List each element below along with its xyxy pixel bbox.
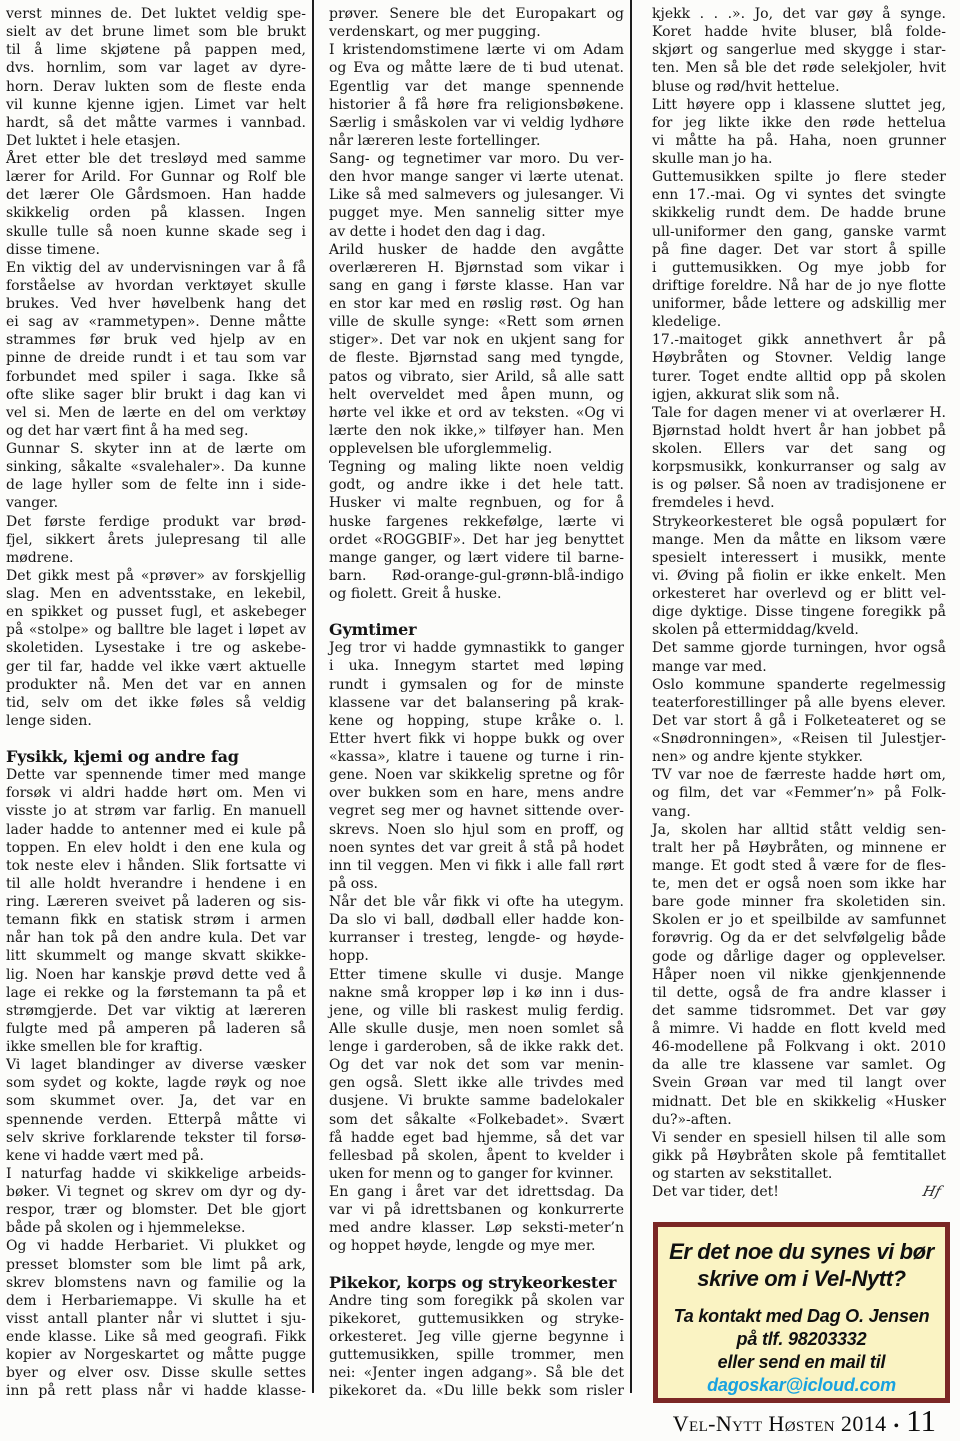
body-text-line: skjørt og sangerlue med skygge i star- — [652, 41, 946, 59]
body-text-line: ull-uniformer den gang, ganske varmt — [652, 223, 946, 241]
body-text-line: i uka. Innegym startet med løping — [329, 657, 624, 675]
body-text-line: byer og elver osv. Disse skulle settes — [6, 1364, 306, 1382]
body-text-line: skikkelig orden på klassen. Ingen — [6, 204, 306, 222]
body-text-line: Strykeorkesteret ble også populært for — [652, 513, 946, 531]
body-text-line: Bjørnstad holdt hvert år han jobbet på — [652, 422, 946, 440]
body-text-line: mange ganger, og lært videre til barne- — [329, 549, 624, 567]
body-text-line: horn. Derav lukten som de fleste enda — [6, 78, 306, 96]
body-text-line: fellesbad på skolen, åpent to kvelder i — [329, 1147, 624, 1165]
body-text-line: når han tok på den andre kula. Det var — [6, 929, 306, 947]
body-text-line: ten. Men så ble det røde selekjoler, hvi… — [652, 59, 946, 77]
body-text-line: strømgjerde. Det var viktig at læreren — [6, 1002, 306, 1020]
body-text-line: mange. Et godt sted å være for de fles- — [652, 857, 946, 875]
body-text-line: Tale for dagen mener vi at overlærer H. — [652, 404, 946, 422]
body-text-line: Litt høyere opp i klassene sluttet jeg, — [652, 96, 946, 114]
body-text-line: bare gode minner fra skoletiden sin. — [652, 893, 946, 911]
body-text-line: de lage hyller som de felte inn i side- — [6, 476, 306, 494]
body-text-line: forståelse av hvordan verktøyet skulle — [6, 277, 306, 295]
body-text-line: Høybråten og Stovner. Veldig lange — [652, 349, 946, 367]
body-text-line: i guttemusikken. Og mye jobb for — [652, 259, 946, 277]
body-text-line: «kassa», klatre i tauene og turne i rin- — [329, 748, 624, 766]
body-text-line: til alle holdt hverandre i hendene i en — [6, 875, 306, 893]
body-text-line: Da slo vi ball, dødball eller hadde kon- — [329, 911, 624, 929]
body-text-line: kopier av Norgeskartet og måtte pugge — [6, 1346, 306, 1364]
body-text-line: patos og vibrato, sier Arild, så alle sa… — [329, 368, 624, 386]
body-text-line: noen syntes det var greit å stå på hodet — [329, 839, 624, 857]
body-text-line: Oslo kommune spanderte regelmessig — [652, 676, 946, 694]
body-text-line: skrevs. Noen slo hjul som en proff, og — [329, 821, 624, 839]
body-text-line: ordet «ROGGBIF». Det har jeg benyttet — [329, 531, 624, 549]
body-text-line: Egentlig var det mange spennende — [329, 78, 624, 96]
body-text-line: lage ei rekke og la førstemann ta på et — [6, 984, 306, 1002]
body-text-line: og fiolett. Greit å huske. — [329, 585, 624, 603]
contact-email-text: dagoskar@icloud.com — [658, 1374, 945, 1397]
body-text-line: respor, trær og blomster. Det ble gjort — [6, 1201, 306, 1219]
body-text-line: stiger». Det var nok en ukjent sang for — [329, 331, 624, 349]
body-text-line: hopp. — [329, 947, 624, 965]
body-text-line: toppen. En elev holdt i den ene kula og — [6, 839, 306, 857]
body-text-line: Det første ferdige produkt var brød- — [6, 513, 306, 531]
body-text-line: ei sag av «rammetypen». Denne måtte — [6, 313, 306, 331]
body-text-line: orkesteret har overlevd og er blitt vel- — [652, 585, 946, 603]
body-text-line: presset blomster som ble limt på ark, — [6, 1256, 306, 1274]
body-text-line: lærer for Arild. For Gunnar og Rolf ble — [6, 168, 306, 186]
body-text-line: midnatt. Det ble en skikkelig «Husker — [652, 1093, 946, 1111]
body-text-line: Håper noen vil nikke gjenkjennende — [652, 966, 946, 984]
body-text-line: inn til veggen. Men vi fikk i alle fall … — [329, 857, 624, 875]
body-text-line: 46-modellene på Folkvang i okt. 2010 — [652, 1038, 946, 1056]
body-text-line: prøver. Senere ble det Europakart og — [329, 5, 624, 23]
body-text-line: teaterforestillinger på alle byens eleve… — [652, 694, 946, 712]
body-text-line: fulgte med på amperen på laderen så — [6, 1020, 306, 1038]
notice-box-heading-line: Er det noe du synes vi bør — [658, 1238, 945, 1265]
body-text-line: verdenskart, og mer pugging. — [329, 23, 624, 41]
body-text-line: «Snødronningen», «Reisen til Julestjer- — [652, 730, 946, 748]
page-footer: Vel-Nytt Høsten 2014 • 11 — [673, 1403, 936, 1439]
body-text-line: til å lime skjøtene på pappen med, — [6, 41, 306, 59]
body-text-line: skolen på ettermiddag/kveld. — [652, 621, 946, 639]
body-text-line: uken for menn og to ganger for kvinner. — [329, 1165, 624, 1183]
body-text-line: vi måtte ha på. Haha, noen grunner — [652, 132, 946, 150]
body-text-line: helt overveldet med åpen munn, og — [329, 386, 624, 404]
body-text-line: Guttemusikken spilte jo flere steder — [652, 168, 946, 186]
body-text-line: det samme tidsrommet. Det var gøy — [652, 1002, 946, 1020]
body-text-line: dusjene. Vi brukte samme badelokaler — [329, 1092, 624, 1110]
body-text-line: verst minnes de. Det luktet veldig spe- — [6, 5, 306, 23]
section-heading: Gymtimer — [329, 621, 624, 639]
body-text-line: spennende verden. Etterpå måtte vi — [6, 1111, 306, 1129]
body-text-line: skolen. Ellers var det sang og — [652, 440, 946, 458]
page-number: 11 — [906, 1403, 936, 1439]
article-column-2: prøver. Senere ble det Europakart ogverd… — [329, 5, 624, 1400]
author-signature: Hf — [920, 1183, 942, 1201]
body-text-line: kene vi hadde vært med på. — [6, 1147, 306, 1165]
body-text-line: produkter nå. Men det var en annen — [6, 676, 306, 694]
body-text-line: Når det ble vår fikk vi ofte ha utegym. — [329, 893, 624, 911]
body-text-line: dige dyktige. Disse tingene foregikk på — [652, 603, 946, 621]
body-text-line: du?»-aften. — [652, 1111, 946, 1129]
body-text-line: sinking, såkalte «svalehaler». Da kunne — [6, 458, 306, 476]
footer-bullet: • — [894, 1418, 900, 1436]
body-text-line: lader hadde to antenner med ei kule på — [6, 821, 306, 839]
body-text-line: tralt her på Høybråten, og minnene er — [652, 839, 946, 857]
body-text-line: få hadde eget bad hjemme, så det var — [329, 1129, 624, 1147]
body-text-line: for jeg likte ikke den røde hettelua — [652, 114, 946, 132]
body-text-line: hørte vel ikke et ord av teksten. «Og vi — [329, 404, 624, 422]
body-text-line: jene, og ville bli raskest mulig ferdig. — [329, 1002, 624, 1020]
body-text-line: enn 17.-mai. Og vi syntes det svingte — [652, 186, 946, 204]
body-text-line: å mimre. Vi hadde en flott kveld med — [652, 1020, 946, 1038]
body-text-line: slag. Men en adventsstake, en lekebil, — [6, 585, 306, 603]
body-text-line: barn. Rød-orange-gul-grønn-blå-indigo — [329, 567, 624, 585]
body-text-line: Det luktet i hele etasjen. — [6, 132, 306, 150]
body-text-line: dem i Herbariemappe. Vi skulle ha et — [6, 1292, 306, 1310]
body-text-line: over bukken som en hare, mens andre — [329, 784, 624, 802]
body-text-line: TV var noe de færreste hadde hørt om, — [652, 766, 946, 784]
body-text-line: vil kunne kjenne igjen. Limet var helt — [6, 96, 306, 114]
body-text-line: dvs. hornlim, som var laget av dyre- — [6, 59, 306, 77]
body-text-line: En gang i året var det idrettsdag. Da — [329, 1183, 624, 1201]
body-text-line: sang en gang i første klasse. Han var — [329, 277, 624, 295]
article-column-1: verst minnes de. Det luktet veldig spe-s… — [6, 5, 306, 1401]
body-text-line: og film, det var «Femmer’n» på Folk- — [652, 784, 946, 802]
body-text-line: kurranser i tresteg, lengde- og høyde- — [329, 929, 624, 947]
body-text-line: som det såkalte «Folkebadet». Svært — [329, 1111, 624, 1129]
body-text-line: bluse og rød/hvit hettelue. — [652, 78, 946, 96]
body-text-line: Året etter ble det tresløyd med samme — [6, 150, 306, 168]
body-text-line: historier å få høre fra religionsbøkene. — [329, 96, 624, 114]
body-text-line: visst antall planter når vi sluttet i sj… — [6, 1310, 306, 1328]
body-text-line: både på skolen og i hjemmelekse. — [6, 1219, 306, 1237]
body-text-line: vanger. — [6, 494, 306, 512]
body-text-line: I kristendomstimene lærte vi om Adam — [329, 41, 624, 59]
body-text-line: selv skrive forklarende tekster til fors… — [6, 1129, 306, 1147]
body-text-line: Og det var nok det som var menin- — [329, 1056, 624, 1074]
body-text-line: bøker. Vi tegnet og skrev om dyr og dy- — [6, 1183, 306, 1201]
body-text-line: 17.-maitoget gikk annethvert år på — [652, 331, 946, 349]
body-text-line: en spikket og pusset fugl, et askebeger — [6, 603, 306, 621]
body-text-line: korpsmusikk, konkurranser og salg av — [652, 458, 946, 476]
body-text-line: rundt i gymsalen og for de minste — [329, 676, 624, 694]
body-text-line: på «stolpe» og balltre ble laget i løpet… — [6, 621, 306, 639]
body-text-line: kledelige. — [652, 313, 946, 331]
body-text-line: ring. Læreren sveivet på laderen og sis- — [6, 893, 306, 911]
body-text-line: uniformer, både lettere og adskillig mer — [652, 295, 946, 313]
body-text-line: is og pølser. Så noen av tradisjonene er — [652, 476, 946, 494]
body-text-line: gen også. Slett ikke alle trivdes med — [329, 1074, 624, 1092]
body-text-line: Alle skulle dusje, men noen somlet så — [329, 1020, 624, 1038]
body-text-line: nakne små kropper løp i kø inn i dus- — [329, 984, 624, 1002]
body-text-line: når læreren leste fortellinger. — [329, 132, 624, 150]
body-text-line: opplevelsen ble uforglemmelig. — [329, 440, 624, 458]
body-text-line: pikekoret da. «Du lille bekk som risler — [329, 1382, 624, 1400]
body-text-line: mange var med. — [652, 658, 946, 676]
body-text-line: orkesteret. Jeg ville gjerne begynne i — [329, 1328, 624, 1346]
body-text-line: vel si. Men de lærte en del om verktøy — [6, 404, 306, 422]
body-text-line: turer. Toget endte alltid opp på skolen — [652, 368, 946, 386]
body-text-line: Og vi hadde Herbariet. Vi plukket og — [6, 1237, 306, 1255]
column-divider-rule — [630, 0, 632, 1393]
body-text-line: overlæreren H. Bjørnstad som vikar i — [329, 259, 624, 277]
body-text-line: Etter hvert fikk vi hoppe bukk og over — [329, 730, 624, 748]
body-text-line: og hoppet høyde, lengde og mye mer. — [329, 1237, 624, 1255]
body-text-line: og starten av sekstitallet. — [652, 1165, 946, 1183]
body-text-line: ikke smellen ble for kraftig. — [6, 1038, 306, 1056]
notice-box-contact-line: på tlf. 98203332 — [658, 1328, 945, 1351]
body-text-line: det lærer Ole Gårdsmoen. Han hadde — [6, 186, 306, 204]
body-text-line: hardt, så det måtte varmes i vannbad. — [6, 114, 306, 132]
body-text-line: skoletiden. Lysestake i tre og askebe- — [6, 639, 306, 657]
body-text-line: kene og hopping, stupe kråke o. l. — [329, 712, 624, 730]
body-text-line: de fleste. Bjørnstad sang med tyngde, — [329, 349, 624, 367]
body-text-line: lenge i garderoben, så de ikke rakk det. — [329, 1038, 624, 1056]
body-text-line: forøvrig. Og da er det selvfølgelig både — [652, 929, 946, 947]
body-text-line: temann fikk en statisk strøm i armen — [6, 911, 306, 929]
body-text-line: en stor kar med en røslig røst. Og han — [329, 295, 624, 313]
body-text-line: av dette i hodet den dag i dag. — [329, 223, 624, 241]
body-text-line: fremdeles i hevd. — [652, 494, 946, 512]
body-text-line: Vi laget blandinger av diverse væsker — [6, 1056, 306, 1074]
body-text-line: Tegning og maling likte noen veldig — [329, 458, 624, 476]
body-text-line: pikekoret, guttemusikken og stryke- — [329, 1310, 624, 1328]
scanned-newsletter-page: { "columns": [ { "blocks": [ { "type": "… — [0, 0, 960, 1441]
body-text-line: nen» og andre kjente stykker. — [652, 748, 946, 766]
notice-box: Er det noe du synes vi bør skrive om i V… — [653, 1222, 950, 1403]
body-text-line: skrev blomstens navn og familie og la — [6, 1274, 306, 1292]
body-text-line: Dette var spennende timer med mange — [6, 766, 306, 784]
notice-box-heading-line: skrive om i Vel-Nytt? — [658, 1265, 945, 1292]
body-text-line: mødrene. — [6, 549, 306, 567]
body-text-line: inn på rett plass når vi hadde klasse- — [6, 1382, 306, 1400]
body-text-line: I naturfag hadde vi skikkelige arbeids- — [6, 1165, 306, 1183]
body-text-line: huske fargenes rekkefølge, lærte vi — [329, 513, 624, 531]
body-text-line: Husker vi malte regnbuen, og for å — [329, 494, 624, 512]
section-heading: Pikekor, korps og strykeorkester — [329, 1274, 624, 1292]
body-text-line: da alle tre klassene var samlet. Og — [652, 1056, 946, 1074]
body-text-line: driftige foreldre. Nå har de jo nye flot… — [652, 277, 946, 295]
body-text-line: litt skummelt og mange skvatt skikke- — [6, 947, 306, 965]
body-text-line: som skummet over. Ja, det var en — [6, 1092, 306, 1110]
body-text-line: Det samme gjorde turningen, hvor også — [652, 639, 946, 657]
body-text-line: En viktig del av undervisningen var å få — [6, 259, 306, 277]
body-text-line: og Eva og måtte lære de ti bud utenat. — [329, 59, 624, 77]
body-text-line: godt, og andre ikke i det hele tatt. — [329, 476, 624, 494]
body-text-line: skulle tulle så noen kunne skade seg i — [6, 223, 306, 241]
body-text-line: nei: «Jenter ingen adgang». Så ble det — [329, 1364, 624, 1382]
body-text-line: til dette, også de fra andre klasser i — [652, 984, 946, 1002]
body-text-line: ende klasse. Like så med geografi. Fikk — [6, 1328, 306, 1346]
body-text-line: skikkelig rundt dem. De hadde brune — [652, 204, 946, 222]
section-heading: Fysikk, kjemi og andre fag — [6, 748, 306, 766]
body-text-line: sielt av det brune limet som ble brukt — [6, 23, 306, 41]
body-text-line: tok neste elev i hånden. Slik fortsatte … — [6, 857, 306, 875]
body-text-line: lig. Noen har kanskje prøvd dette ved å — [6, 966, 306, 984]
body-text-line: var vi på idrettsbanen og konkurrerte — [329, 1201, 624, 1219]
body-text-line: gikk på Høybråten skole på femtitallet — [652, 1147, 946, 1165]
body-text-line: disse timene. — [6, 241, 306, 259]
body-text-line: Gunnar S. skyter inn at de lærte om — [6, 440, 306, 458]
body-text-line: Det gikk mest på «prøver» av forskjellig — [6, 567, 306, 585]
body-text-line: på oss. — [329, 875, 624, 893]
body-text-line: vi. Øving på fiolin er ikke enkelt. Men — [652, 567, 946, 585]
body-text-line: igjen, akkurat slik som nå. — [652, 386, 946, 404]
body-text-line: tid, selv om det ikke føles så veldig — [6, 694, 306, 712]
body-text-line: Svein Grøan var med til langt over — [652, 1074, 946, 1092]
body-text-line: og det har vært fint å ha med seg. — [6, 422, 306, 440]
body-text-line: Vi sender en spesiell hilsen til alle so… — [652, 1129, 946, 1147]
body-text-line: Arild husker de hadde den avgåtte — [329, 241, 624, 259]
notice-box-contact-line: eller send en mail til — [658, 1351, 945, 1374]
body-text-line: vegret seg mer og havnet sittende over- — [329, 802, 624, 820]
body-text-line: klassene var det balansering på krak- — [329, 694, 624, 712]
body-text-line: pinne de dreide rundt i et tau som var — [6, 349, 306, 367]
body-text-line: Andre ting som foregikk på skolen var — [329, 1292, 624, 1310]
body-text-line: pugget mye. Men sannelig sitter mye — [329, 204, 624, 222]
body-text-line: forbundet med spiler i saga. Ikke så — [6, 368, 306, 386]
body-text-line: Særlig i småskolen var vi veldig lydhøre — [329, 114, 624, 132]
body-text-line: spesielt interessert i musikk, mente — [652, 549, 946, 567]
journal-title: Vel-Nytt Høsten 2014 — [673, 1411, 887, 1437]
notice-box-contact-line: Ta kontakt med Dag O. Jensen — [658, 1305, 945, 1328]
body-text-line: kjekk . . .». Jo, det var gøy å synge. — [652, 5, 946, 23]
body-text-line: Sang- og tegnetimer var moro. Du ver- — [329, 150, 624, 168]
body-text-line: Det var stort å gå i Folketeateret og se — [652, 712, 946, 730]
body-text-line: Skolen er jo et speilbilde av samfunnet — [652, 911, 946, 929]
body-text-line: strammes før bruk ved hjelp av en — [6, 331, 306, 349]
body-text-line: Ja, skolen har alltid stått veldig sen- — [652, 821, 946, 839]
body-text-line: Koret hadde hvite bluser, blå folde- — [652, 23, 946, 41]
body-text-line: Jeg tror vi hadde gymnastikk to ganger — [329, 639, 624, 657]
body-text-line: fjel, sikkert årets julepresang til alle — [6, 531, 306, 549]
column-divider-rule — [312, 0, 314, 1393]
body-text-line: guttemusikken, spille trommer, men — [329, 1346, 624, 1364]
body-text-line: den hvor mange sanger vi lærte utenat. — [329, 168, 624, 186]
body-text-line: med andre klasser. Løp seksti-meter’n — [329, 1219, 624, 1237]
body-text-line: lærte den nok ikke,» tilføyer han. Men — [329, 422, 624, 440]
body-text-line: lenge siden. — [6, 712, 306, 730]
body-text-line: ofte slike sager blir brukt i dag kan vi — [6, 386, 306, 404]
body-text-line: mange. Men da måtte en liksom være — [652, 531, 946, 549]
body-text-line: brukes. Ved hver høvelbenk hang det — [6, 295, 306, 313]
body-text-line: Like så med salmevers og julesanger. Vi — [329, 186, 624, 204]
article-column-3: kjekk . . .». Jo, det var gøy å synge.Ko… — [652, 5, 946, 1201]
body-text-line: som sydet og kokte, lagde røyk og noe — [6, 1074, 306, 1092]
body-text-line: forsøk vi aldri hadde hørt om. Men vi — [6, 784, 306, 802]
body-text-line: gode og dårlige dager og opplevelser. — [652, 948, 946, 966]
body-text-line: te, men det er også noen som ikke har — [652, 875, 946, 893]
body-text-line: Det var tider, det!Hf — [652, 1183, 946, 1201]
body-text-line: gene. Noen var skikkelig spretne og fôr — [329, 766, 624, 784]
body-text-line: ger til far, hadde vel ikke vært aktuell… — [6, 658, 306, 676]
body-text-line: vang. — [652, 803, 946, 821]
body-text-line: skulle man jo ha. — [652, 150, 946, 168]
body-text-line: ville de skulle synge: «Rett som ørnen — [329, 313, 624, 331]
body-text-line: på fine dager. Det var stort å spille — [652, 241, 946, 259]
body-text-line: Etter timene skulle vi dusje. Mange — [329, 966, 624, 984]
body-text-line: visste jo at strøm var farlig. En manuel… — [6, 802, 306, 820]
